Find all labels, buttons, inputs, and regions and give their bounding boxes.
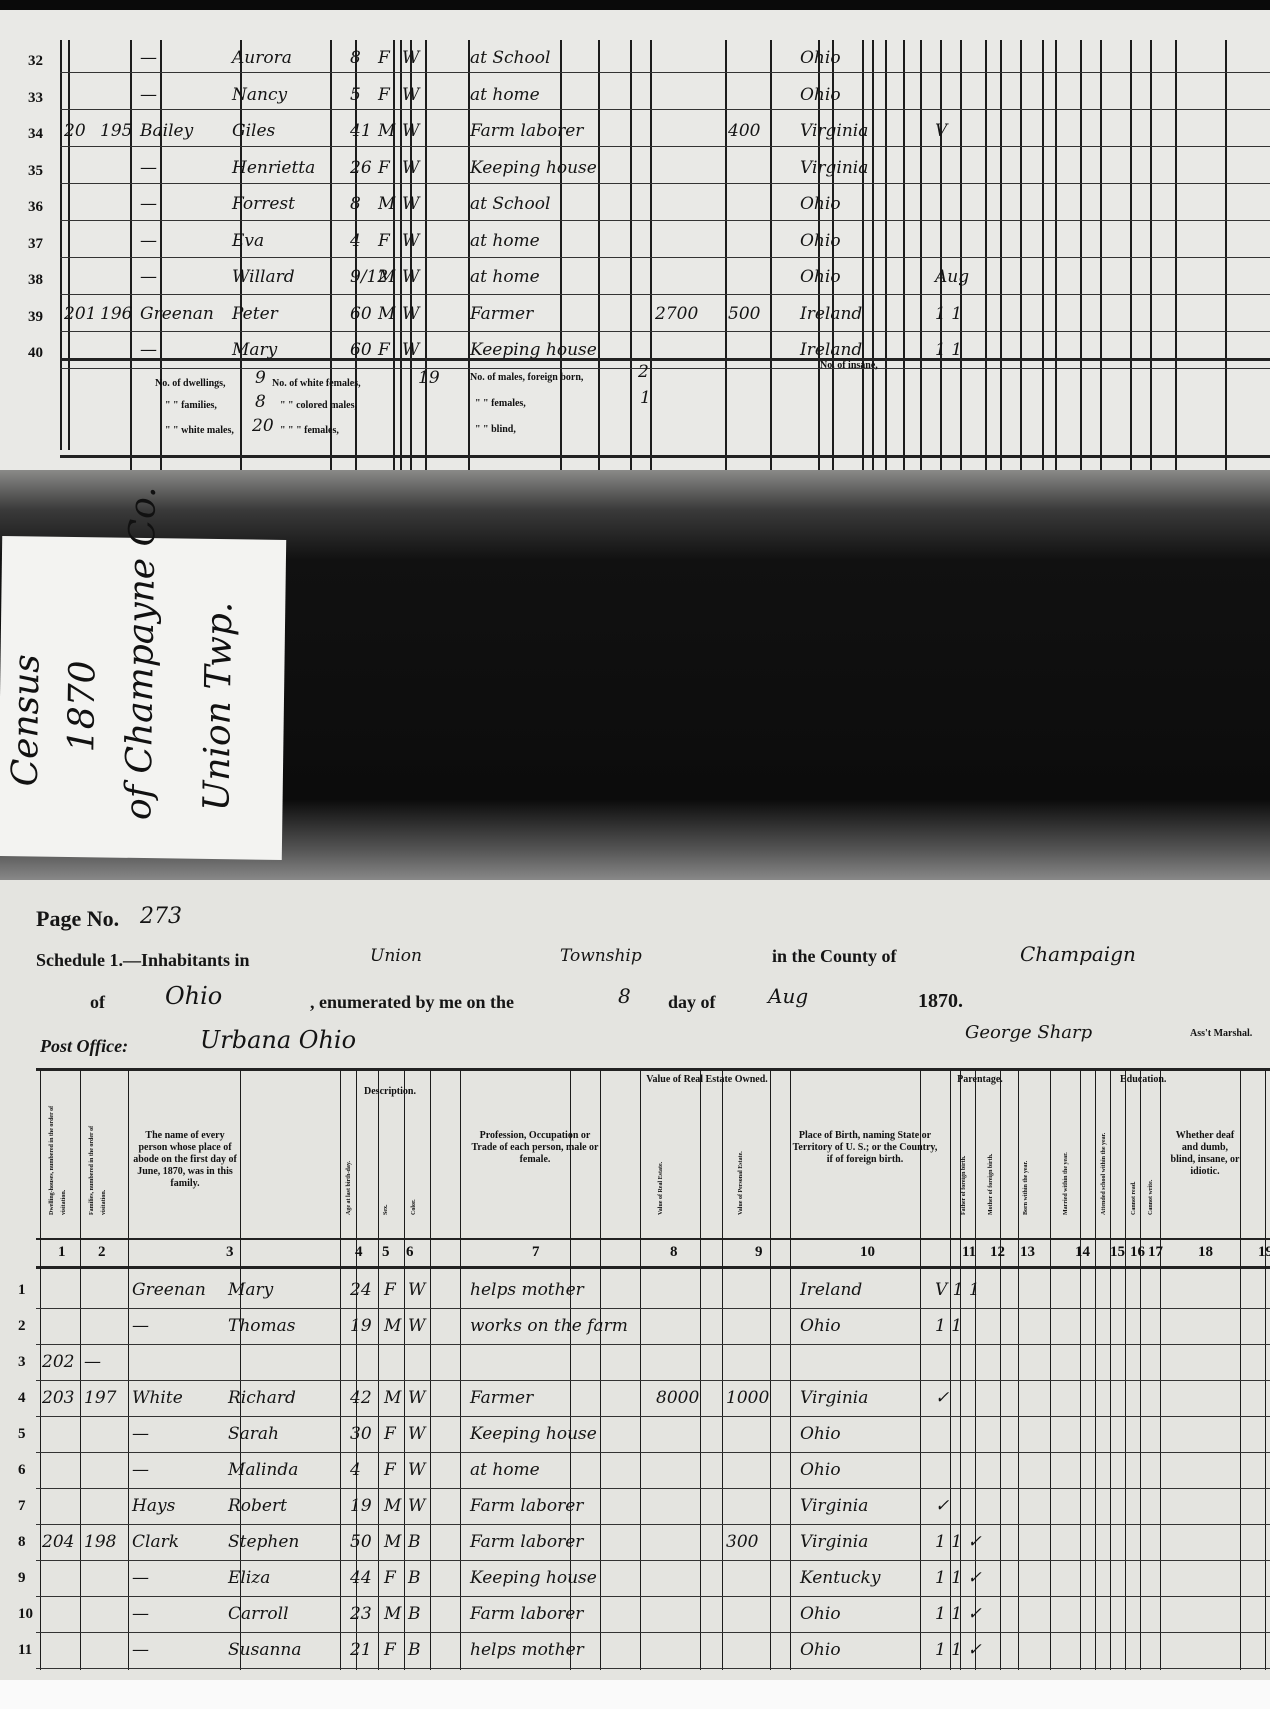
column-header-13: Born within the year. <box>1020 1105 1032 1215</box>
cell-marks: ✓ <box>935 1496 949 1516</box>
cell-given: Giles <box>232 121 275 141</box>
cell-birthplace: Virginia <box>800 1388 868 1408</box>
cell-family: 195 <box>100 121 132 141</box>
cell-dwelling: 202 <box>42 1352 74 1372</box>
cell-age: 24 <box>350 1280 372 1300</box>
cell-sex: M <box>378 121 395 141</box>
cell-color: W <box>402 194 419 214</box>
cell-marks: 1 1 <box>935 340 962 360</box>
cell-color: W <box>402 304 419 324</box>
cell-sex: F <box>384 1640 396 1660</box>
cell-surname: — <box>132 1316 149 1336</box>
grid-hline <box>36 1238 1270 1240</box>
township-value: Union <box>370 946 422 966</box>
grid-hline <box>36 1632 1270 1633</box>
cell-birthplace: Ohio <box>800 267 841 287</box>
cell-surname: — <box>140 340 157 360</box>
grid-hline <box>36 1308 1270 1309</box>
row-number: 40 <box>28 345 43 362</box>
cell-marks: 1 1 <box>935 304 962 324</box>
column-number-2: 2 <box>98 1244 106 1261</box>
grid-vline <box>68 40 70 450</box>
cell-age: 4 <box>350 231 361 251</box>
tally-white-males-label: " " white males, <box>165 425 234 436</box>
cell-given: Forrest <box>232 194 295 214</box>
cell-surname: — <box>140 85 157 105</box>
cell-birthplace: Ohio <box>800 1424 841 1444</box>
cell-color: W <box>402 85 419 105</box>
state-label: of <box>90 992 105 1013</box>
cell-occupation: at home <box>470 267 540 287</box>
group-description: Description. <box>345 1086 435 1098</box>
cell-color: W <box>408 1280 425 1300</box>
cell-marks: V <box>935 121 947 141</box>
column-number-11: 11 <box>962 1244 976 1261</box>
grid-vline <box>600 1070 601 1670</box>
grid-vline <box>722 1070 723 1670</box>
cell-sex: M <box>378 194 395 214</box>
grid-vline <box>700 1070 701 1670</box>
column-header-7: Profession, Occupation or Trade of each … <box>470 1130 600 1166</box>
grid-vline <box>872 40 874 480</box>
tally-foreign-males-value: 2 <box>638 362 649 382</box>
column-number-6: 6 <box>406 1244 414 1261</box>
year-value: 1870. <box>918 990 963 1013</box>
cell-occupation: works on the farm <box>470 1316 628 1336</box>
cell-sex: M <box>384 1316 401 1336</box>
column-header-10: Place of Birth, naming State or Territor… <box>790 1130 940 1166</box>
cell-given: Robert <box>228 1496 287 1516</box>
cell-age: 8 <box>350 194 361 214</box>
cell-occupation: Farm laborer <box>470 121 583 141</box>
note-line-county: of Champayne Co. <box>118 486 164 820</box>
grid-vline <box>425 40 427 480</box>
cell-sex: M <box>378 267 395 287</box>
grid-vline <box>650 40 652 480</box>
row-number: 38 <box>28 272 43 289</box>
cell-birthplace: Virginia <box>800 1532 868 1552</box>
row-number: 6 <box>18 1462 26 1479</box>
cell-sex: M <box>384 1496 401 1516</box>
column-header-2: Families, numbered in the order of visit… <box>86 1105 110 1215</box>
group-education: Education. <box>1120 1074 1160 1086</box>
cell-given: Carroll <box>228 1604 289 1624</box>
grid-vline <box>1042 40 1044 480</box>
grid-vline <box>1265 1070 1266 1670</box>
tally-blind-label: " " blind, <box>475 424 516 435</box>
grid-hline <box>36 1668 1270 1669</box>
month-value: Aug <box>768 984 808 1008</box>
row-number: 4 <box>18 1390 26 1407</box>
county-value: Champaign <box>1020 942 1136 966</box>
cell-age: 23 <box>350 1604 372 1624</box>
cell-family: 198 <box>84 1532 116 1552</box>
cell-surname: — <box>132 1640 149 1660</box>
cell-color: W <box>408 1496 425 1516</box>
grid-hline <box>60 455 1270 458</box>
grid-vline <box>560 40 562 480</box>
column-number-9: 9 <box>755 1244 763 1261</box>
column-header-9: Value of Personal Estate. <box>735 1105 747 1215</box>
cell-marks: 1 1 ✓ <box>935 1532 982 1552</box>
cell-surname: — <box>140 267 157 287</box>
cell-occupation: Farm laborer <box>470 1496 583 1516</box>
cell-birthplace: Ohio <box>800 194 841 214</box>
cell-personal: 300 <box>726 1532 758 1552</box>
cell-sex: M <box>384 1604 401 1624</box>
row-number: 32 <box>28 53 43 70</box>
cell-color: W <box>402 158 419 178</box>
cell-family: — <box>84 1352 101 1372</box>
grid-vline <box>960 40 962 480</box>
cell-age: 60 <box>350 304 372 324</box>
grid-vline <box>903 40 905 480</box>
grid-vline <box>1050 1070 1051 1670</box>
cell-dwelling: 201 <box>64 304 96 324</box>
cell-surname: Clark <box>132 1532 179 1552</box>
cell-marks: V 1 1 <box>935 1280 980 1300</box>
cell-sex: F <box>378 340 390 360</box>
grid-vline <box>920 40 922 480</box>
grid-vline <box>1100 40 1102 480</box>
cell-surname: — <box>140 158 157 178</box>
cell-personal: 500 <box>728 304 760 324</box>
grid-vline <box>240 40 242 480</box>
grid-hline <box>60 109 1270 110</box>
cell-surname: — <box>140 48 157 68</box>
grid-vline <box>378 1070 379 1670</box>
cell-color: B <box>408 1568 421 1588</box>
column-header-18: Whether deaf and dumb, blind, insane, or… <box>1170 1130 1240 1178</box>
post-office-value: Urbana Ohio <box>200 1026 356 1054</box>
column-number-15: 15 <box>1110 1244 1125 1261</box>
grid-vline <box>330 40 332 480</box>
cell-color: W <box>402 340 419 360</box>
column-number-13: 13 <box>1020 1244 1035 1261</box>
grid-vline <box>1225 40 1227 480</box>
grid-hline <box>36 1452 1270 1453</box>
grid-vline <box>1018 1070 1019 1670</box>
cell-age: 4 <box>350 1460 361 1480</box>
row-number: 11 <box>18 1642 32 1659</box>
cell-sex: F <box>378 231 390 251</box>
cell-occupation: Farmer <box>470 1388 533 1408</box>
enumerator-title: Ass't Marshal. <box>1190 1028 1252 1039</box>
column-header-5: Sex. <box>380 1105 392 1215</box>
grid-vline <box>862 40 864 480</box>
tally-foreign-females-label: " " females, <box>475 398 526 409</box>
grid-vline <box>1055 40 1057 480</box>
grid-vline <box>940 40 942 480</box>
column-number-5: 5 <box>382 1244 390 1261</box>
cell-surname: — <box>132 1460 149 1480</box>
row-number: 39 <box>28 309 43 326</box>
grid-hline <box>60 220 1270 221</box>
grid-vline <box>1095 1070 1096 1670</box>
cell-dwelling: 20 <box>64 121 86 141</box>
cell-occupation: Keeping house <box>470 1424 597 1444</box>
cell-marks: 1 1 <box>935 1316 962 1336</box>
cell-occupation: at School <box>470 194 550 214</box>
column-number-19: 19 <box>1258 1244 1270 1261</box>
grid-hline <box>60 183 1270 184</box>
cell-surname: Greenan <box>140 304 214 324</box>
cell-age: 44 <box>350 1568 372 1588</box>
cell-given: Eliza <box>228 1568 270 1588</box>
day-value: 8 <box>618 984 631 1008</box>
column-number-16: 16 <box>1130 1244 1145 1261</box>
note-line-census: Census <box>5 654 48 787</box>
note-line-township: Union Twp. <box>196 601 240 811</box>
enumerator-signature: George Sharp <box>965 1022 1092 1043</box>
grid-vline <box>160 40 162 480</box>
column-header-4: Age at last birth-day. <box>343 1105 355 1215</box>
cell-surname: — <box>140 231 157 251</box>
grid-hline <box>60 72 1270 73</box>
row-number: 5 <box>18 1426 26 1443</box>
row-number: 37 <box>28 236 43 253</box>
tally-families-value: 8 <box>255 392 266 412</box>
grid-vline <box>1110 1070 1111 1670</box>
cell-given: Peter <box>232 304 278 324</box>
column-number-17: 17 <box>1148 1244 1163 1261</box>
cell-family: 196 <box>100 304 132 324</box>
cell-sex: F <box>384 1460 396 1480</box>
grid-vline <box>1080 40 1082 480</box>
cell-surname: — <box>140 194 157 214</box>
cell-given: Aurora <box>232 48 292 68</box>
column-header-3: The name of every person whose place of … <box>130 1130 240 1190</box>
grid-hline <box>36 1416 1270 1417</box>
grid-vline <box>40 1070 41 1670</box>
grid-vline <box>598 40 600 480</box>
cell-birthplace: Ohio <box>800 1316 841 1336</box>
cell-marks: Aug <box>935 267 969 287</box>
cell-surname: White <box>132 1388 183 1408</box>
grid-hline <box>36 1266 1270 1269</box>
cell-sex: F <box>378 85 390 105</box>
cell-color: B <box>408 1640 421 1660</box>
column-number-14: 14 <box>1075 1244 1090 1261</box>
grid-hline <box>36 1344 1270 1345</box>
cell-birthplace: Ireland <box>800 304 862 324</box>
cell-birthplace: Ohio <box>800 48 841 68</box>
cell-given: Eva <box>232 231 264 251</box>
cell-occupation: Farmer <box>470 304 533 324</box>
cell-surname: Greenan <box>132 1280 206 1300</box>
cell-age: 21 <box>350 1640 372 1660</box>
cell-surname: — <box>132 1568 149 1588</box>
cell-occupation: at School <box>470 48 550 68</box>
grid-hline <box>36 1380 1270 1381</box>
grid-vline <box>770 40 772 480</box>
cell-sex: F <box>378 158 390 178</box>
grid-vline <box>818 40 820 480</box>
grid-vline <box>404 1070 405 1670</box>
grid-vline <box>1140 1070 1141 1670</box>
cell-color: W <box>408 1460 425 1480</box>
grid-vline <box>430 1070 431 1670</box>
grid-vline <box>985 40 987 480</box>
cell-given: Mary <box>228 1280 273 1300</box>
grid-hline <box>36 1068 1270 1071</box>
column-header-16: Cannot read. <box>1128 1105 1140 1215</box>
scan-bottom-edge <box>0 1680 1270 1709</box>
grid-vline <box>770 1070 771 1670</box>
cell-age: 60 <box>350 340 372 360</box>
grid-vline <box>128 1070 129 1670</box>
post-office-label: Post Office: <box>40 1036 128 1057</box>
column-header-1: Dwelling-houses, numbered in the order o… <box>46 1105 70 1215</box>
grid-vline <box>1125 1070 1126 1670</box>
cell-age: 5 <box>350 85 361 105</box>
cell-birthplace: Virginia <box>800 1496 868 1516</box>
grid-vline <box>1175 40 1177 480</box>
row-number: 7 <box>18 1498 26 1515</box>
cell-personal: 1000 <box>726 1388 769 1408</box>
grid-vline <box>340 1070 341 1670</box>
cell-color: B <box>408 1532 421 1552</box>
row-number: 36 <box>28 199 43 216</box>
cell-occupation: Farm laborer <box>470 1604 583 1624</box>
grid-vline <box>80 1070 81 1670</box>
cell-sex: F <box>384 1424 396 1444</box>
grid-vline <box>468 40 470 480</box>
cell-occupation: at home <box>470 85 540 105</box>
cell-marks: ✓ <box>935 1388 949 1408</box>
grid-hline <box>60 368 1270 369</box>
grid-vline <box>630 40 632 480</box>
grid-vline <box>1080 1070 1081 1670</box>
grid-hline <box>36 1488 1270 1489</box>
row-number: 3 <box>18 1354 26 1371</box>
grid-hline <box>36 1596 1270 1597</box>
grid-vline <box>60 40 62 450</box>
cell-given: Susanna <box>228 1640 302 1660</box>
tally-white-males-value: 20 <box>252 416 274 436</box>
cell-color: B <box>408 1604 421 1624</box>
cell-birthplace: Ohio <box>800 1604 841 1624</box>
cell-sex: M <box>384 1388 401 1408</box>
grid-hline <box>60 331 1270 332</box>
grid-hline <box>60 257 1270 258</box>
cell-family: 197 <box>84 1388 116 1408</box>
cell-given: Mary <box>232 340 277 360</box>
tally-dwellings-value: 9 <box>255 368 266 388</box>
cell-surname: — <box>132 1424 149 1444</box>
row-number: 9 <box>18 1570 26 1587</box>
column-header-17: Cannot write. <box>1145 1105 1157 1215</box>
tally-white-females-value: 19 <box>418 368 440 388</box>
cell-sex: F <box>378 48 390 68</box>
cell-marks: 1 1 ✓ <box>935 1640 982 1660</box>
cell-given: Willard <box>232 267 295 287</box>
day-label: day of <box>668 992 716 1013</box>
column-number-7: 7 <box>532 1244 540 1261</box>
cell-birthplace: Ohio <box>800 1460 841 1480</box>
cell-age: 50 <box>350 1532 372 1552</box>
tally-colored-males-label: " " colored males, <box>280 400 357 411</box>
grid-vline <box>885 40 887 480</box>
cell-sex: M <box>384 1532 401 1552</box>
column-number-4: 4 <box>355 1244 363 1261</box>
township-suffix: Township <box>560 946 642 966</box>
row-number: 10 <box>18 1606 33 1623</box>
cell-occupation: at home <box>470 231 540 251</box>
cell-surname: — <box>132 1604 149 1624</box>
cell-color: W <box>408 1424 425 1444</box>
cell-birthplace: Kentucky <box>800 1568 880 1588</box>
grid-vline <box>1000 40 1002 480</box>
enumerated-label: , enumerated by me on the <box>310 992 514 1013</box>
cell-real-estate: 8000 <box>656 1388 699 1408</box>
grid-vline <box>1020 40 1022 480</box>
state-value: Ohio <box>165 982 222 1010</box>
grid-vline <box>355 40 357 480</box>
row-number: 8 <box>18 1534 26 1551</box>
cell-birthplace: Virginia <box>800 158 868 178</box>
grid-vline <box>1150 40 1152 480</box>
column-number-12: 12 <box>990 1244 1005 1261</box>
cell-occupation: at home <box>470 1460 540 1480</box>
grid-vline <box>130 40 132 480</box>
row-number: 34 <box>28 126 43 143</box>
cell-given: Richard <box>228 1388 296 1408</box>
cell-dwelling: 204 <box>42 1532 74 1552</box>
grid-vline <box>1000 1070 1001 1670</box>
grid-vline <box>1160 1070 1161 1670</box>
cell-occupation: Farm laborer <box>470 1532 583 1552</box>
county-label: in the County of <box>772 946 897 967</box>
note-line-year: 1870 <box>61 660 103 752</box>
cell-personal: 400 <box>728 121 760 141</box>
grid-hline <box>36 1560 1270 1561</box>
grid-vline <box>1240 1070 1241 1670</box>
cell-sex: F <box>384 1280 396 1300</box>
cell-color: W <box>402 231 419 251</box>
cell-real-estate: 2700 <box>655 304 698 324</box>
grid-hline <box>60 294 1270 295</box>
row-number: 1 <box>18 1282 26 1299</box>
tally-dwellings-label: No. of dwellings, <box>155 378 226 389</box>
grid-hline <box>60 146 1270 147</box>
attached-handwritten-note: Census 1870 of Champayne Co. Union Twp. <box>0 536 286 860</box>
column-number-10: 10 <box>860 1244 875 1261</box>
grid-vline <box>832 40 834 480</box>
cell-given: Sarah <box>228 1424 279 1444</box>
cell-birthplace: Virginia <box>800 121 868 141</box>
cell-occupation: Keeping house <box>470 1568 597 1588</box>
cell-birthplace: Ohio <box>800 231 841 251</box>
cell-given: Thomas <box>228 1316 296 1336</box>
column-number-1: 1 <box>58 1244 66 1261</box>
column-number-18: 18 <box>1198 1244 1213 1261</box>
page-no-label: Page No. <box>36 906 119 932</box>
cell-sex: M <box>378 304 395 324</box>
column-header-15: Attended school within the year. <box>1098 1105 1110 1215</box>
cell-birthplace: Ireland <box>800 340 862 360</box>
cell-age: 42 <box>350 1388 372 1408</box>
group-parentage: Parentage. <box>950 1074 1010 1086</box>
tally-families-label: " " families, <box>165 400 217 411</box>
cell-color: W <box>408 1316 425 1336</box>
tally-colored-females-label: " " " females, <box>280 425 339 436</box>
cell-marks: 1 1 ✓ <box>935 1604 982 1624</box>
column-header-14: Married within the year. <box>1060 1105 1072 1215</box>
cell-given: Nancy <box>232 85 287 105</box>
grid-vline <box>400 40 402 480</box>
column-number-8: 8 <box>670 1244 678 1261</box>
